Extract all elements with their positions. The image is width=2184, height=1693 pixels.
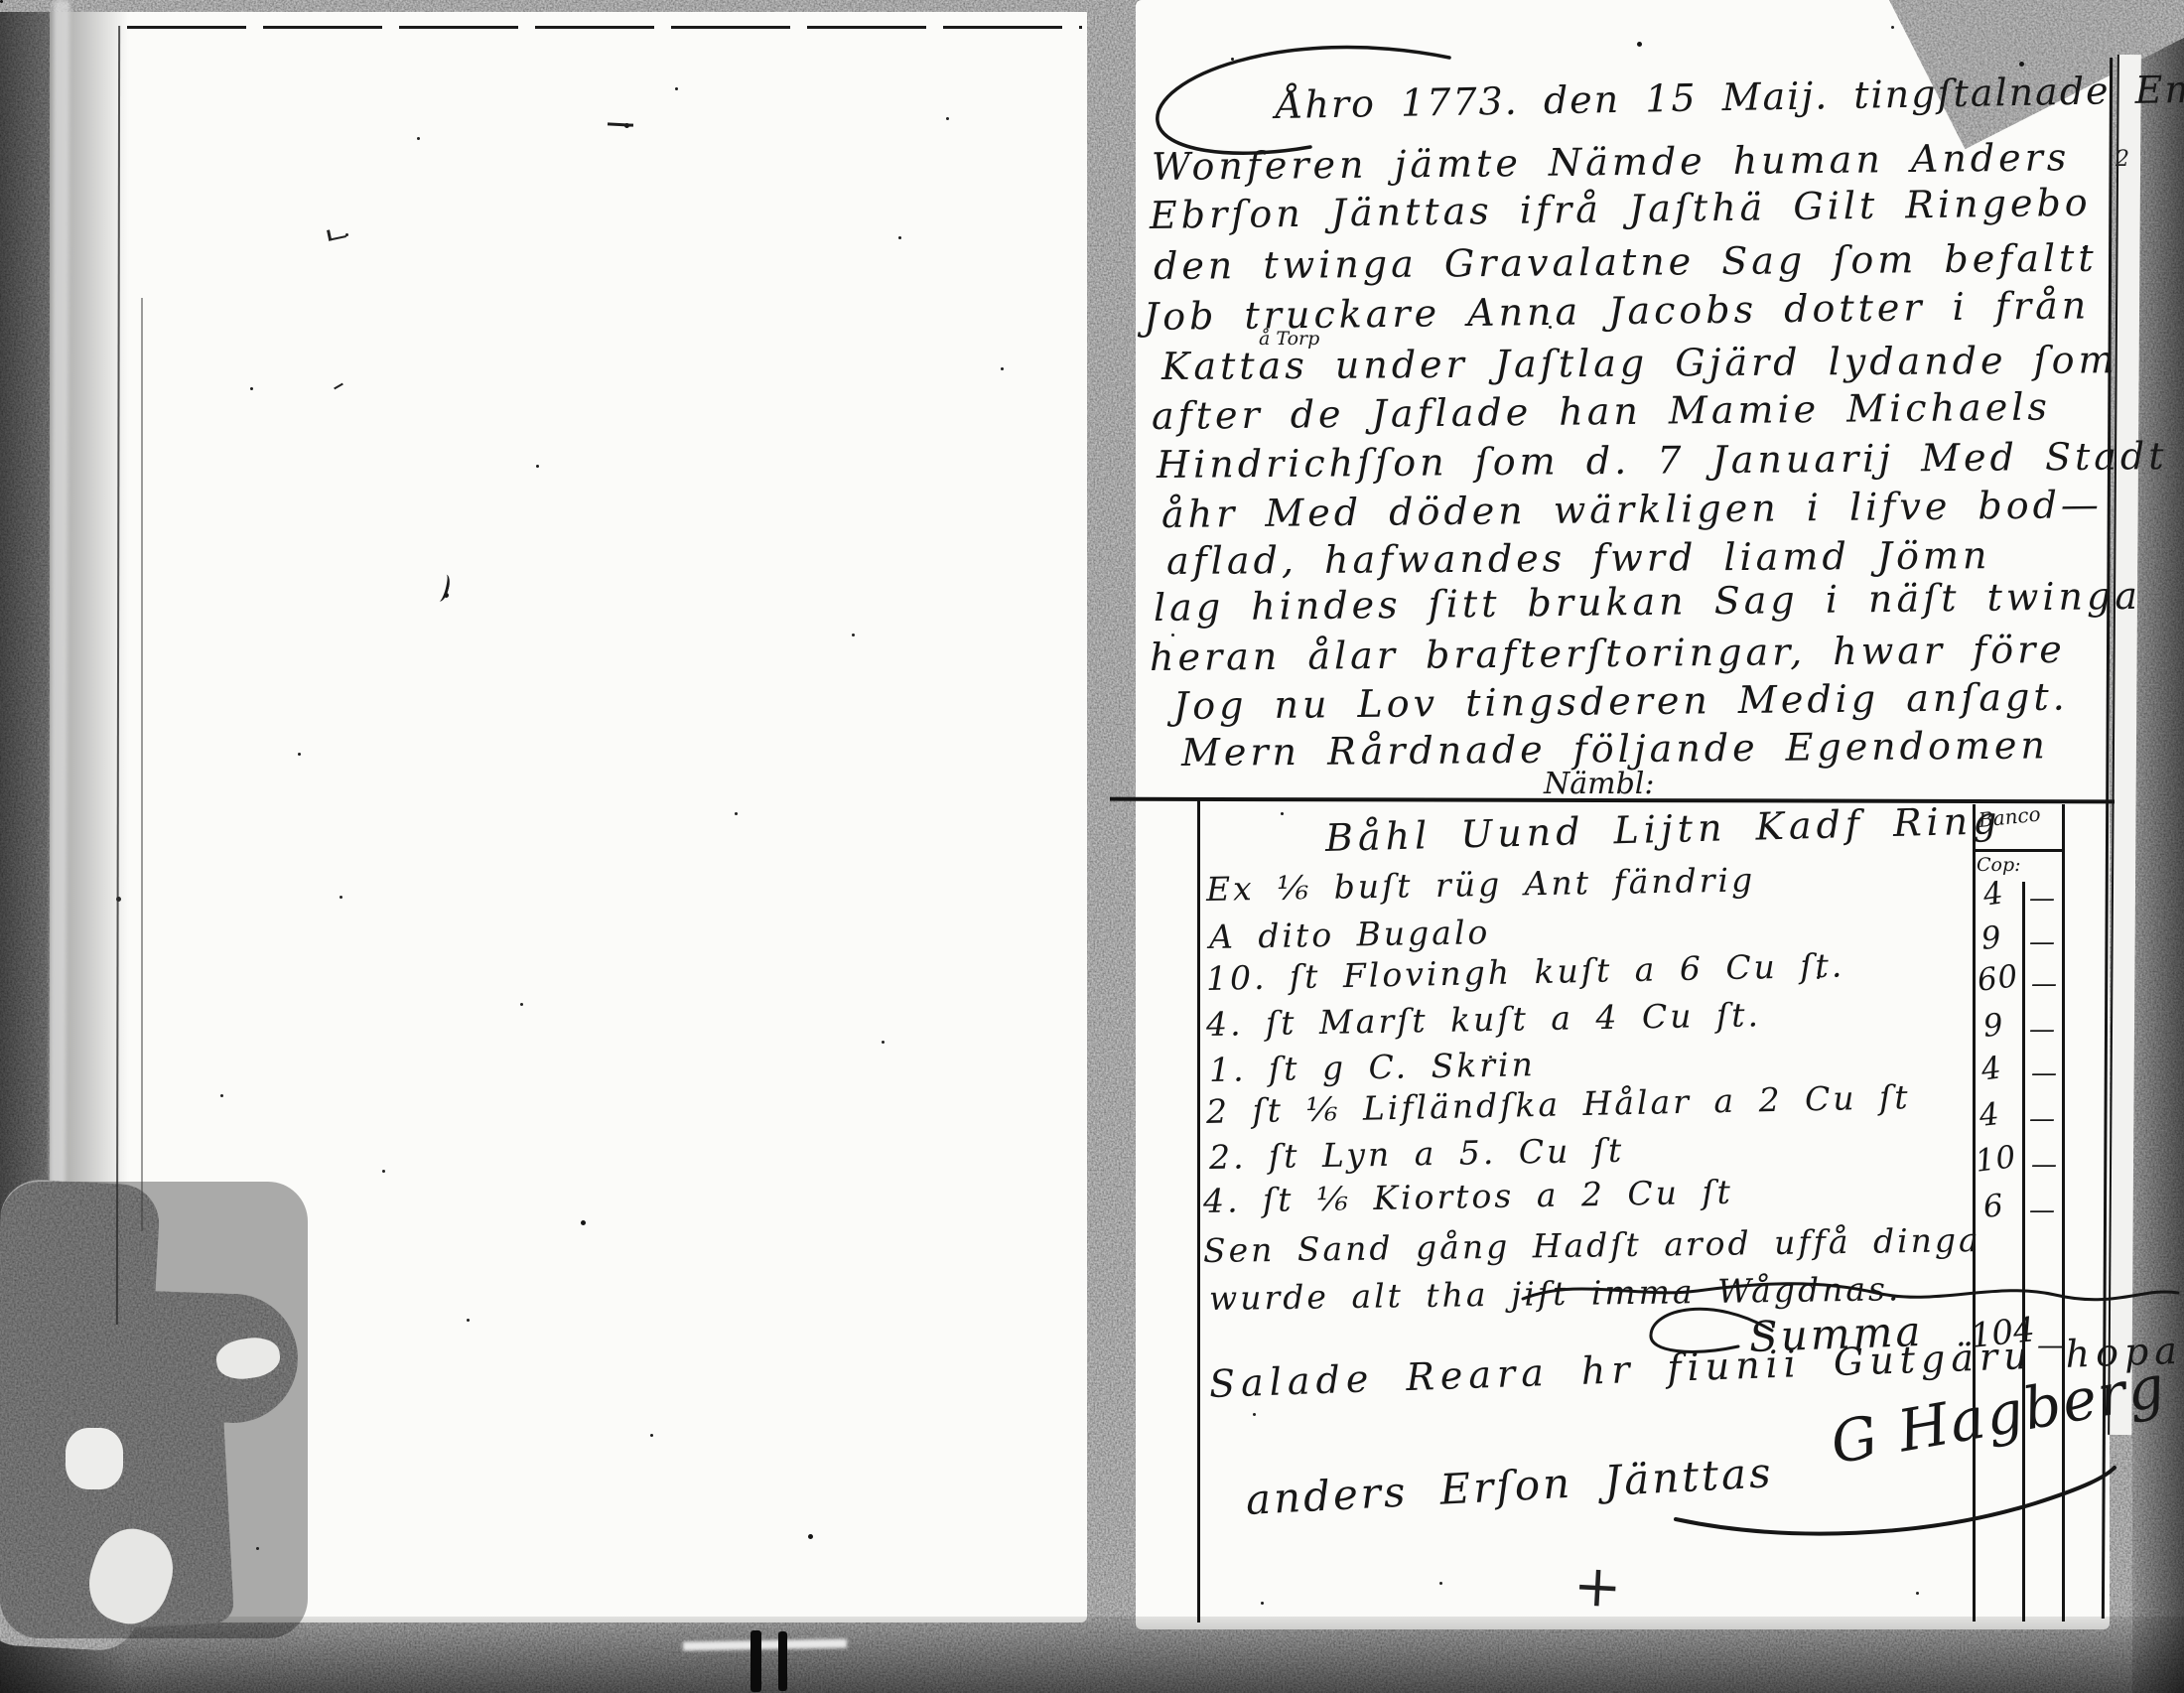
manuscript-line: Jog nu Lov tingsderen Medig anſagt. bbox=[1173, 675, 2069, 728]
manuscript-line: aflad, hafwandes fwrd liamd Jömn bbox=[1166, 533, 1991, 583]
row-amount: 9 bbox=[1981, 1007, 2005, 1045]
column-header-cop: Cop: bbox=[1977, 854, 2021, 876]
row-amount-dash: — bbox=[2031, 1150, 2057, 1180]
manuscript-line: heran ålar brafterſtoringar, hwar före bbox=[1150, 628, 2066, 679]
row-amount: 10 bbox=[1974, 1139, 2019, 1180]
row-amount-dash: — bbox=[2031, 969, 2057, 999]
row-amount: 4 bbox=[1980, 875, 2006, 914]
row-amount-dash: — bbox=[2029, 1015, 2055, 1045]
manuscript-line: den twinga Gravalatne Sag ſom befaltt bbox=[1154, 236, 2098, 288]
row-amount-dash: — bbox=[2031, 1058, 2057, 1088]
edge-fragment-char: 2 bbox=[2116, 147, 2129, 172]
row-amount: 9 bbox=[1979, 919, 2003, 957]
row-amount: 4 bbox=[1978, 1096, 2001, 1134]
scanned-document: 2 Åhro 1773. den 15 Maij. tingſtalnade E… bbox=[0, 0, 2184, 1693]
row-amount: 4 bbox=[1979, 1050, 2004, 1088]
row-amount-dash: — bbox=[2029, 1104, 2055, 1134]
inventory-row-text: A dito Bugalo bbox=[1209, 913, 1491, 956]
row-amount: 60 bbox=[1976, 958, 2021, 999]
inventory-row-text: 1. ſt g C. Skrin bbox=[1209, 1045, 1536, 1089]
inventory-row-text: 2. ſt Lyn a 5. Cu ſt bbox=[1209, 1131, 1625, 1177]
left-page bbox=[50, 8, 1087, 1622]
section-label: Nämbl: bbox=[1544, 767, 1655, 801]
row-amount-dash: — bbox=[2029, 884, 2055, 914]
page-top-edge-line bbox=[127, 26, 1082, 29]
row-amount-dash: — bbox=[2029, 927, 2055, 957]
row-amount: 6 bbox=[1981, 1188, 2005, 1225]
manuscript-line: Kattas under Jaſtlag Gjärd lydande ſom bbox=[1161, 338, 2118, 388]
page-crease-line-2 bbox=[141, 298, 143, 1231]
table-left-rule bbox=[1197, 800, 1200, 1622]
summa-flourish-line bbox=[1519, 1269, 2184, 1313]
bomarke-cross: + bbox=[1571, 1551, 1623, 1621]
manuscript-line: Hindrichſſon ſom d. 7 Januarij Med Stadt bbox=[1157, 434, 2168, 487]
ink-specks bbox=[0, 0, 3, 3]
row-amount-dash: — bbox=[2029, 1196, 2055, 1225]
column-header-underline bbox=[1974, 849, 2063, 852]
